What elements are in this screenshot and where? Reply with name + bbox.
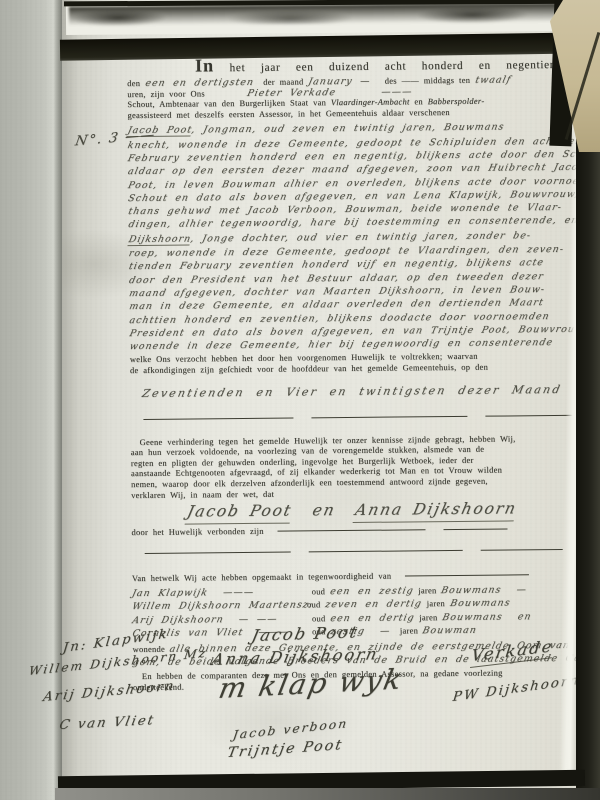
top-page-edge-strip (66, 2, 564, 35)
signature: C van Vliet (58, 713, 156, 733)
signature: Arij Dijkshoorn (42, 679, 176, 705)
signature: m klap wyk (216, 663, 406, 705)
right-black-band (576, 128, 600, 800)
signature: Verkade (470, 636, 555, 668)
photo-of-marriage-register-page: N°. 3 —— In het jaar een duizend acht ho… (0, 0, 600, 800)
signatures-block: Jacob PootJn: KlapwijkWillem Dijkshoorn … (0, 0, 600, 800)
signature: Jacob Poot (250, 622, 361, 645)
bottom-table-edge (55, 788, 600, 800)
ink-smudge (69, 3, 561, 26)
signature: Willem Dijkshoorn Mz (28, 646, 208, 678)
